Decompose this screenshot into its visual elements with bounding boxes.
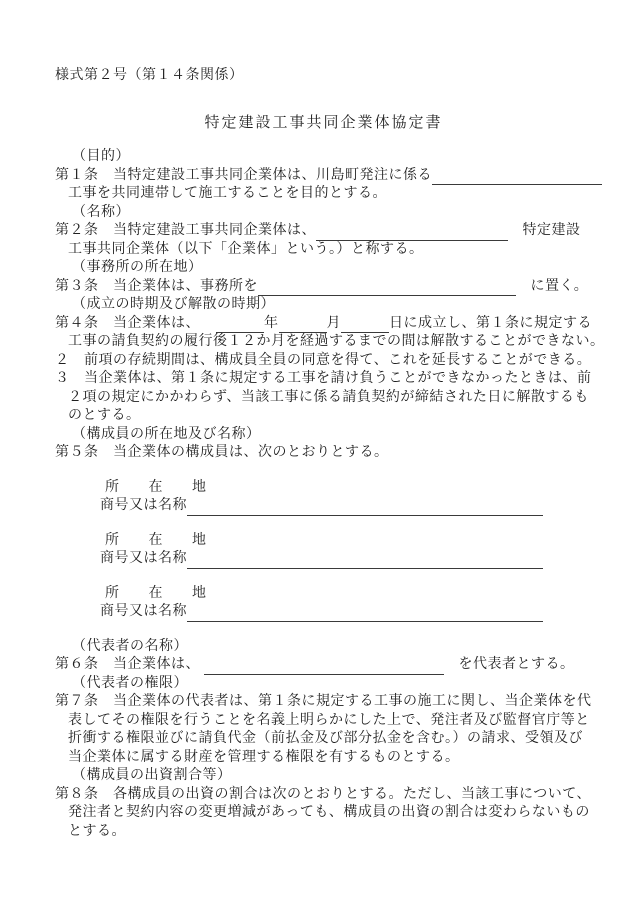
heading-office-location: （事務所の所在地） bbox=[55, 259, 592, 278]
heading-name: （名称） bbox=[55, 204, 592, 223]
article-4-para-3-cont-1: ２項の規定にかかわらず、当該工事に係る請負契約が締結された日に解散するも bbox=[55, 389, 592, 408]
article-4-para-2: ２ 前項の存続期間は、構成員全員の同意を得て、これを延長することができる。 bbox=[55, 352, 592, 371]
member-name-row: 商号又は名称 bbox=[55, 550, 592, 569]
text-run: 日に成立し、第１条に規定する bbox=[389, 316, 592, 331]
text-run: 第２条 当特定建設工事共同企業体は、 bbox=[55, 223, 316, 238]
text-run: 表してその権限を行うことを名義上明らかにした上で、発注者及び監督官庁等と bbox=[68, 713, 590, 728]
member-name-label: 商号又は名称 bbox=[100, 604, 187, 619]
text-run: 年 bbox=[264, 316, 279, 331]
article-1: 第１条 当特定建設工事共同企業体は、川島町発注に係る bbox=[55, 167, 592, 186]
member-address-label: 所 在 地 bbox=[105, 480, 207, 495]
article-5: 第５条 当企業体の構成員は、次のとおりとする。 bbox=[55, 444, 592, 463]
member-address-row: 所 在 地 bbox=[55, 479, 592, 498]
article-1-cont: 工事を共同連帯して施工することを目的とする。 bbox=[55, 185, 592, 204]
text-run: 折衝する権限並びに請負代金（前払金及び部分払金を含む。）の請求、受領及び bbox=[68, 731, 583, 746]
heading-representative-name: （代表者の名称） bbox=[55, 638, 592, 657]
heading-purpose: （目的） bbox=[55, 148, 592, 167]
text-run: 発注者と契約内容の変更増減があっても、構成員の出資の割合は変わらないもの bbox=[68, 805, 590, 820]
member-address-row: 所 在 地 bbox=[55, 585, 592, 604]
member-entry-3: 所 在 地商号又は名称 bbox=[55, 585, 592, 622]
text-run: 第４条 当企業体は、 bbox=[55, 316, 200, 331]
text-run: のとする。 bbox=[68, 408, 141, 423]
text-run: 第５条 当企業体の構成員は、次のとおりとする。 bbox=[55, 445, 389, 460]
member-name-row: 商号又は名称 bbox=[55, 497, 592, 516]
text-run: 第８条 各構成員の出資の割合は次のとおりとする。ただし、当該工事について、 bbox=[55, 787, 591, 802]
document-page: 様式第２号（第１４条関係） 特定建設工事共同企業体協定書 （目的）第１条 当特定… bbox=[0, 0, 630, 915]
fill-in-blank bbox=[279, 318, 327, 333]
article-7-cont-1: 表してその権限を行うことを名義上明らかにした上で、発注者及び監督官庁等と bbox=[55, 712, 592, 731]
article-8: 第８条 各構成員の出資の割合は次のとおりとする。ただし、当該工事について、 bbox=[55, 786, 592, 805]
member-name-blank bbox=[187, 607, 543, 622]
member-address-label: 所 在 地 bbox=[105, 586, 207, 601]
fill-in-blank bbox=[204, 660, 444, 675]
text-run: 第７条 当企業体の代表者は、第１条に規定する工事の施工に関し、当企業体を代 bbox=[55, 694, 592, 709]
text-run: ２項の規定にかかわらず、当該工事に係る請負契約が締結された日に解散するも bbox=[68, 390, 589, 405]
fill-in-blank bbox=[341, 318, 389, 333]
text-run: を代表者とする。 bbox=[444, 657, 575, 672]
text-run: とする。 bbox=[68, 824, 126, 839]
fill-in-blank bbox=[316, 226, 508, 241]
article-4-para-3: ３ 当企業体は、第１条に規定する工事を請け負うことができなかったときは、前 bbox=[55, 370, 592, 389]
member-entry-1: 所 在 地商号又は名称 bbox=[55, 479, 592, 516]
member-name-row: 商号又は名称 bbox=[55, 603, 592, 622]
text-run: 第３条 当企業体は、事務所を bbox=[55, 279, 258, 294]
article-3: 第３条 当企業体は、事務所を に置く。 bbox=[55, 278, 592, 297]
heading-members: （構成員の所在地及び名称） bbox=[55, 426, 592, 445]
heading-contribution-ratio: （構成員の出資割合等） bbox=[55, 767, 592, 786]
fill-in-blank bbox=[258, 281, 516, 296]
member-name-blank bbox=[187, 554, 543, 569]
article-7-cont-3: 当企業体に属する財産を管理する権限を有するものとする。 bbox=[55, 749, 592, 768]
fill-in-blank bbox=[216, 318, 264, 333]
text-run: 工事の請負契約の履行後１２か月を経過するまでの間は解散することができない。 bbox=[68, 334, 605, 349]
fill-in-blank bbox=[432, 170, 602, 185]
document-content: 様式第２号（第１４条関係） 特定建設工事共同企業体協定書 （目的）第１条 当特定… bbox=[0, 66, 630, 841]
member-name-label: 商号又は名称 bbox=[100, 551, 187, 566]
member-name-label: 商号又は名称 bbox=[100, 498, 187, 513]
text-run: に置く。 bbox=[516, 279, 588, 294]
spacer bbox=[200, 326, 216, 327]
member-address-label: 所 在 地 bbox=[105, 533, 207, 548]
article-4-cont: 工事の請負契約の履行後１２か月を経過するまでの間は解散することができない。 bbox=[55, 333, 592, 352]
document-title: 特定建設工事共同企業体協定書 bbox=[55, 114, 592, 133]
text-run: 工事共同企業体（以下「企業体」という。）と称する。 bbox=[68, 242, 424, 257]
heading-formation-dissolution: （成立の時期及び解散の時期） bbox=[55, 296, 592, 315]
member-name-blank bbox=[187, 501, 543, 516]
article-6: 第６条 当企業体は、 を代表者とする。 bbox=[55, 656, 592, 675]
heading-representative-powers: （代表者の権限） bbox=[55, 675, 592, 694]
article-2: 第２条 当特定建設工事共同企業体は、 特定建設 bbox=[55, 222, 592, 241]
text-run: ２ 前項の存続期間は、構成員全員の同意を得て、これを延長することができる。 bbox=[55, 353, 591, 368]
text-run: 特定建設 bbox=[508, 223, 581, 238]
article-7: 第７条 当企業体の代表者は、第１条に規定する工事の施工に関し、当企業体を代 bbox=[55, 693, 592, 712]
article-8-cont-1: 発注者と契約内容の変更増減があっても、構成員の出資の割合は変わらないもの bbox=[55, 804, 592, 823]
text-run: 工事を共同連帯して施工することを目的とする。 bbox=[68, 186, 387, 201]
document-body: （目的）第１条 当特定建設工事共同企業体は、川島町発注に係る工事を共同連帯して施… bbox=[55, 148, 592, 841]
text-run: ３ 当企業体は、第１条に規定する工事を請け負うことができなかったときは、前 bbox=[55, 371, 592, 386]
text-run: 月 bbox=[327, 316, 342, 331]
text-run: 第６条 当企業体は、 bbox=[55, 657, 200, 672]
article-4-para-3-cont-2: のとする。 bbox=[55, 407, 592, 426]
text-run: 当企業体に属する財産を管理する権限を有するものとする。 bbox=[68, 750, 460, 765]
article-7-cont-2: 折衝する権限並びに請負代金（前払金及び部分払金を含む。）の請求、受領及び bbox=[55, 730, 592, 749]
article-2-cont: 工事共同企業体（以下「企業体」という。）と称する。 bbox=[55, 241, 592, 260]
form-number: 様式第２号（第１４条関係） bbox=[55, 66, 592, 85]
member-address-row: 所 在 地 bbox=[55, 532, 592, 551]
article-4: 第４条 当企業体は、年月日に成立し、第１条に規定する bbox=[55, 315, 592, 334]
article-8-cont-2: とする。 bbox=[55, 823, 592, 842]
member-entry-2: 所 在 地商号又は名称 bbox=[55, 532, 592, 569]
text-run: 第１条 当特定建設工事共同企業体は、川島町発注に係る bbox=[55, 168, 432, 183]
